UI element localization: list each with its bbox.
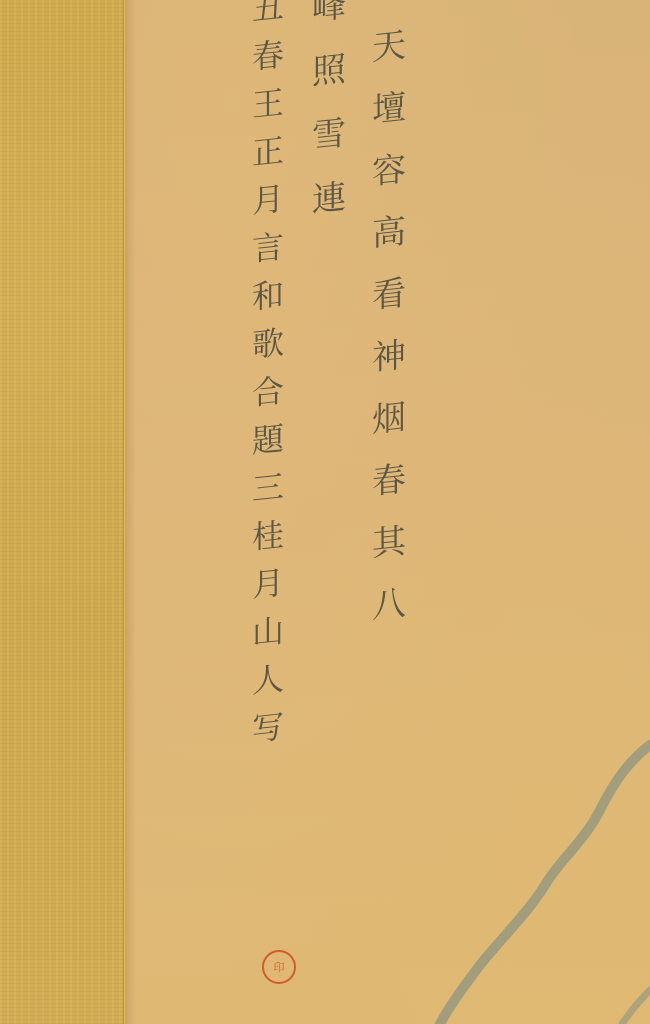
character: 王 bbox=[252, 86, 284, 121]
paper-edge-shadow bbox=[126, 0, 136, 1024]
character: 三 bbox=[252, 470, 284, 505]
calligraphy-column-2: 峰 照 雪 連 bbox=[312, 0, 346, 246]
calligraphy-column-3: 丑 春 王 正 月 言 和 歌 合 題 三 桂 月 山 人 写 bbox=[252, 0, 284, 760]
character: 雪 bbox=[312, 116, 346, 154]
character: 容 bbox=[372, 152, 406, 190]
character: 桂 bbox=[252, 518, 284, 553]
red-seal-stamp: 印 bbox=[262, 950, 296, 984]
character: 春 bbox=[372, 462, 406, 500]
character: 烟 bbox=[372, 400, 406, 438]
character: 春 bbox=[252, 38, 284, 73]
character: 其 bbox=[372, 524, 406, 562]
character: 天 bbox=[372, 28, 406, 66]
character: 写 bbox=[252, 710, 284, 745]
character: 連 bbox=[312, 180, 346, 218]
character: 峰 bbox=[312, 0, 346, 26]
character: 山 bbox=[252, 614, 284, 649]
brocade-mount bbox=[0, 0, 123, 1024]
character: 神 bbox=[372, 338, 406, 376]
character: 丑 bbox=[252, 0, 284, 26]
character: 人 bbox=[252, 662, 284, 697]
character: 和 bbox=[252, 278, 284, 313]
character: 八 bbox=[372, 586, 406, 624]
character: 壇 bbox=[372, 90, 406, 128]
character: 合 bbox=[252, 374, 284, 409]
character: 歌 bbox=[252, 326, 284, 361]
character: 正 bbox=[252, 134, 284, 169]
character: 題 bbox=[252, 422, 284, 457]
character: 高 bbox=[372, 214, 406, 252]
character: 看 bbox=[372, 276, 406, 314]
character: 照 bbox=[312, 52, 346, 90]
character: 言 bbox=[252, 230, 284, 265]
character: 月 bbox=[252, 182, 284, 217]
calligraphy-column-1: 天 壇 容 高 看 神 烟 春 其 八 bbox=[372, 30, 406, 650]
character: 月 bbox=[252, 566, 284, 601]
